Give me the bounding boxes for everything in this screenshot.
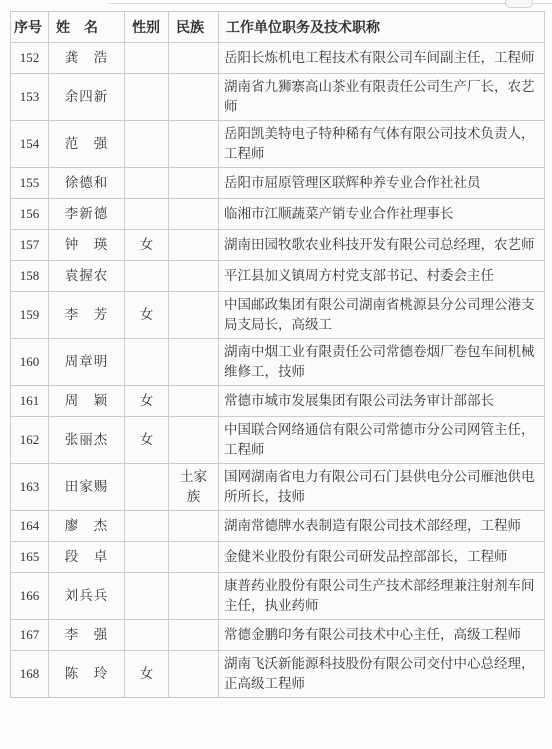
cell-ethnicity bbox=[169, 417, 219, 464]
cell-index: 166 bbox=[11, 573, 49, 620]
cell-title: 康普药业股份有限公司生产技术部经理兼注射剂车间主任，执业药师 bbox=[219, 573, 545, 620]
table-row: 162张丽杰女中国联合网络通信有限公司常德市分公司网管主任，工程师 bbox=[11, 417, 545, 464]
cell-ethnicity bbox=[169, 74, 219, 121]
table-row: 168陈 玲女湖南飞沃新能源科技股份有限公司交付中心总经理，正高级工程师 bbox=[11, 651, 545, 698]
personnel-roster-table: 序号 姓 名 性别 民族 工作单位职务及技术职称 152龚 浩岳阳长炼机电工程技… bbox=[10, 11, 545, 698]
cell-gender bbox=[125, 121, 169, 168]
table-row: 158袁握农平江县加义镇周方村党支部书记、村委会主任 bbox=[11, 261, 545, 292]
cell-name: 李 强 bbox=[49, 620, 125, 651]
cell-title: 临湘市江顺蔬菜产销专业合作社理事长 bbox=[219, 199, 545, 230]
table-body: 152龚 浩岳阳长炼机电工程技术有限公司车间副主任，工程师153余四新湖南省九狮… bbox=[11, 43, 545, 698]
cell-title: 湖南省九狮寨高山茶业有限责任公司生产厂长，农艺师 bbox=[219, 74, 545, 121]
table-row: 159李 芳女中国邮政集团有限公司湖南省桃源县分公司理公港支局支局长，高级工 bbox=[11, 292, 545, 339]
cell-title: 常德金鹏印务有限公司技术中心主任，高级工程师 bbox=[219, 620, 545, 651]
column-header-ethnicity: 民族 bbox=[169, 12, 219, 43]
cell-title: 国网湖南省电力有限公司石门县供电分公司雁池供电所所长，技师 bbox=[219, 464, 545, 511]
table-row: 161周 颖女常德市城市发展集团有限公司法务审计部部长 bbox=[11, 386, 545, 417]
cell-title: 平江县加义镇周方村党支部书记、村委会主任 bbox=[219, 261, 545, 292]
cell-index: 154 bbox=[11, 121, 49, 168]
cell-ethnicity bbox=[169, 261, 219, 292]
cell-index: 158 bbox=[11, 261, 49, 292]
cell-ethnicity bbox=[169, 339, 219, 386]
cell-gender: 女 bbox=[125, 386, 169, 417]
cell-name: 周章明 bbox=[49, 339, 125, 386]
cell-index: 167 bbox=[11, 620, 49, 651]
cell-name: 张丽杰 bbox=[49, 417, 125, 464]
cell-title: 湖南中烟工业有限责任公司常德卷烟厂卷包车间机械维修工，技师 bbox=[219, 339, 545, 386]
cell-ethnicity bbox=[169, 386, 219, 417]
cell-name: 周 颖 bbox=[49, 386, 125, 417]
cell-gender bbox=[125, 168, 169, 199]
cell-gender bbox=[125, 573, 169, 620]
cell-index: 157 bbox=[11, 230, 49, 261]
cell-name: 段 卓 bbox=[49, 542, 125, 573]
cell-ethnicity bbox=[169, 620, 219, 651]
cell-title: 常德市城市发展集团有限公司法务审计部部长 bbox=[219, 386, 545, 417]
cell-gender bbox=[125, 43, 169, 74]
cell-title: 中国联合网络通信有限公司常德市分公司网管主任，工程师 bbox=[219, 417, 545, 464]
cell-index: 163 bbox=[11, 464, 49, 511]
table-row: 167李 强常德金鹏印务有限公司技术中心主任，高级工程师 bbox=[11, 620, 545, 651]
table-row: 153余四新湖南省九狮寨高山茶业有限责任公司生产厂长，农艺师 bbox=[11, 74, 545, 121]
cell-index: 164 bbox=[11, 511, 49, 542]
cell-name: 龚 浩 bbox=[49, 43, 125, 74]
cell-title: 湖南田园牧歌农业科技开发有限公司总经理，农艺师 bbox=[219, 230, 545, 261]
table-row: 160周章明湖南中烟工业有限责任公司常德卷烟厂卷包车间机械维修工，技师 bbox=[11, 339, 545, 386]
cell-title: 中国邮政集团有限公司湖南省桃源县分公司理公港支局支局长，高级工 bbox=[219, 292, 545, 339]
cell-name: 钟 瑛 bbox=[49, 230, 125, 261]
cell-name: 田家赐 bbox=[49, 464, 125, 511]
column-header-gender: 性别 bbox=[125, 12, 169, 43]
cell-name: 李 芳 bbox=[49, 292, 125, 339]
table-row: 163田家赐土家族国网湖南省电力有限公司石门县供电分公司雁池供电所所长，技师 bbox=[11, 464, 545, 511]
column-header-name: 姓 名 bbox=[49, 12, 125, 43]
cell-gender: 女 bbox=[125, 651, 169, 698]
cell-gender: 女 bbox=[125, 230, 169, 261]
cropped-ui-artifact-tab bbox=[505, 0, 533, 8]
cell-gender bbox=[125, 339, 169, 386]
table-row: 165段 卓金健米业股份有限公司研发品控部部长，工程师 bbox=[11, 542, 545, 573]
cell-title: 岳阳市屈原管理区联辉种养专业合作社社员 bbox=[219, 168, 545, 199]
cell-ethnicity bbox=[169, 168, 219, 199]
cell-name: 陈 玲 bbox=[49, 651, 125, 698]
column-header-index: 序号 bbox=[11, 12, 49, 43]
cell-name: 廖 杰 bbox=[49, 511, 125, 542]
cell-title: 岳阳凯美特电子特种稀有气体有限公司技术负责人，工程师 bbox=[219, 121, 545, 168]
cell-gender bbox=[125, 464, 169, 511]
cell-index: 160 bbox=[11, 339, 49, 386]
cell-index: 162 bbox=[11, 417, 49, 464]
table-header-row: 序号 姓 名 性别 民族 工作单位职务及技术职称 bbox=[11, 12, 545, 43]
table-row: 152龚 浩岳阳长炼机电工程技术有限公司车间副主任，工程师 bbox=[11, 43, 545, 74]
cell-ethnicity bbox=[169, 292, 219, 339]
cell-index: 155 bbox=[11, 168, 49, 199]
table-row: 166刘兵兵康普药业股份有限公司生产技术部经理兼注射剂车间主任，执业药师 bbox=[11, 573, 545, 620]
cell-ethnicity bbox=[169, 511, 219, 542]
cell-index: 156 bbox=[11, 199, 49, 230]
cell-index: 159 bbox=[11, 292, 49, 339]
cell-gender: 女 bbox=[125, 292, 169, 339]
cell-ethnicity bbox=[169, 230, 219, 261]
cell-ethnicity bbox=[169, 651, 219, 698]
document-page: 序号 姓 名 性别 民族 工作单位职务及技术职称 152龚 浩岳阳长炼机电工程技… bbox=[0, 0, 552, 749]
cell-name: 袁握农 bbox=[49, 261, 125, 292]
table-row: 164廖 杰湖南常德牌水表制造有限公司技术部经理，工程师 bbox=[11, 511, 545, 542]
cell-index: 165 bbox=[11, 542, 49, 573]
cell-title: 金健米业股份有限公司研发品控部部长，工程师 bbox=[219, 542, 545, 573]
cell-index: 152 bbox=[11, 43, 49, 74]
table-row: 156李新德临湘市江顺蔬菜产销专业合作社理事长 bbox=[11, 199, 545, 230]
cell-title: 湖南飞沃新能源科技股份有限公司交付中心总经理，正高级工程师 bbox=[219, 651, 545, 698]
cell-ethnicity: 土家族 bbox=[169, 464, 219, 511]
table-row: 155徐德和岳阳市屈原管理区联辉种养专业合作社社员 bbox=[11, 168, 545, 199]
cell-gender bbox=[125, 511, 169, 542]
cell-index: 168 bbox=[11, 651, 49, 698]
cell-ethnicity bbox=[169, 542, 219, 573]
cell-ethnicity bbox=[169, 199, 219, 230]
cell-index: 153 bbox=[11, 74, 49, 121]
cell-gender bbox=[125, 74, 169, 121]
cell-gender bbox=[125, 620, 169, 651]
cell-gender bbox=[125, 261, 169, 292]
cell-name: 徐德和 bbox=[49, 168, 125, 199]
cell-name: 刘兵兵 bbox=[49, 573, 125, 620]
cell-ethnicity bbox=[169, 121, 219, 168]
cell-gender bbox=[125, 199, 169, 230]
table-header: 序号 姓 名 性别 民族 工作单位职务及技术职称 bbox=[11, 12, 545, 43]
cell-title: 湖南常德牌水表制造有限公司技术部经理，工程师 bbox=[219, 511, 545, 542]
cell-name: 余四新 bbox=[49, 74, 125, 121]
cell-name: 范 强 bbox=[49, 121, 125, 168]
cell-gender bbox=[125, 542, 169, 573]
table-row: 154范 强岳阳凯美特电子特种稀有气体有限公司技术负责人，工程师 bbox=[11, 121, 545, 168]
cell-name: 李新德 bbox=[49, 199, 125, 230]
cell-title: 岳阳长炼机电工程技术有限公司车间副主任，工程师 bbox=[219, 43, 545, 74]
cropped-ui-artifact-line bbox=[108, 3, 552, 4]
table-row: 157钟 瑛女湖南田园牧歌农业科技开发有限公司总经理，农艺师 bbox=[11, 230, 545, 261]
cell-ethnicity bbox=[169, 573, 219, 620]
cell-ethnicity bbox=[169, 43, 219, 74]
cell-index: 161 bbox=[11, 386, 49, 417]
cell-gender: 女 bbox=[125, 417, 169, 464]
column-header-title: 工作单位职务及技术职称 bbox=[219, 12, 545, 43]
